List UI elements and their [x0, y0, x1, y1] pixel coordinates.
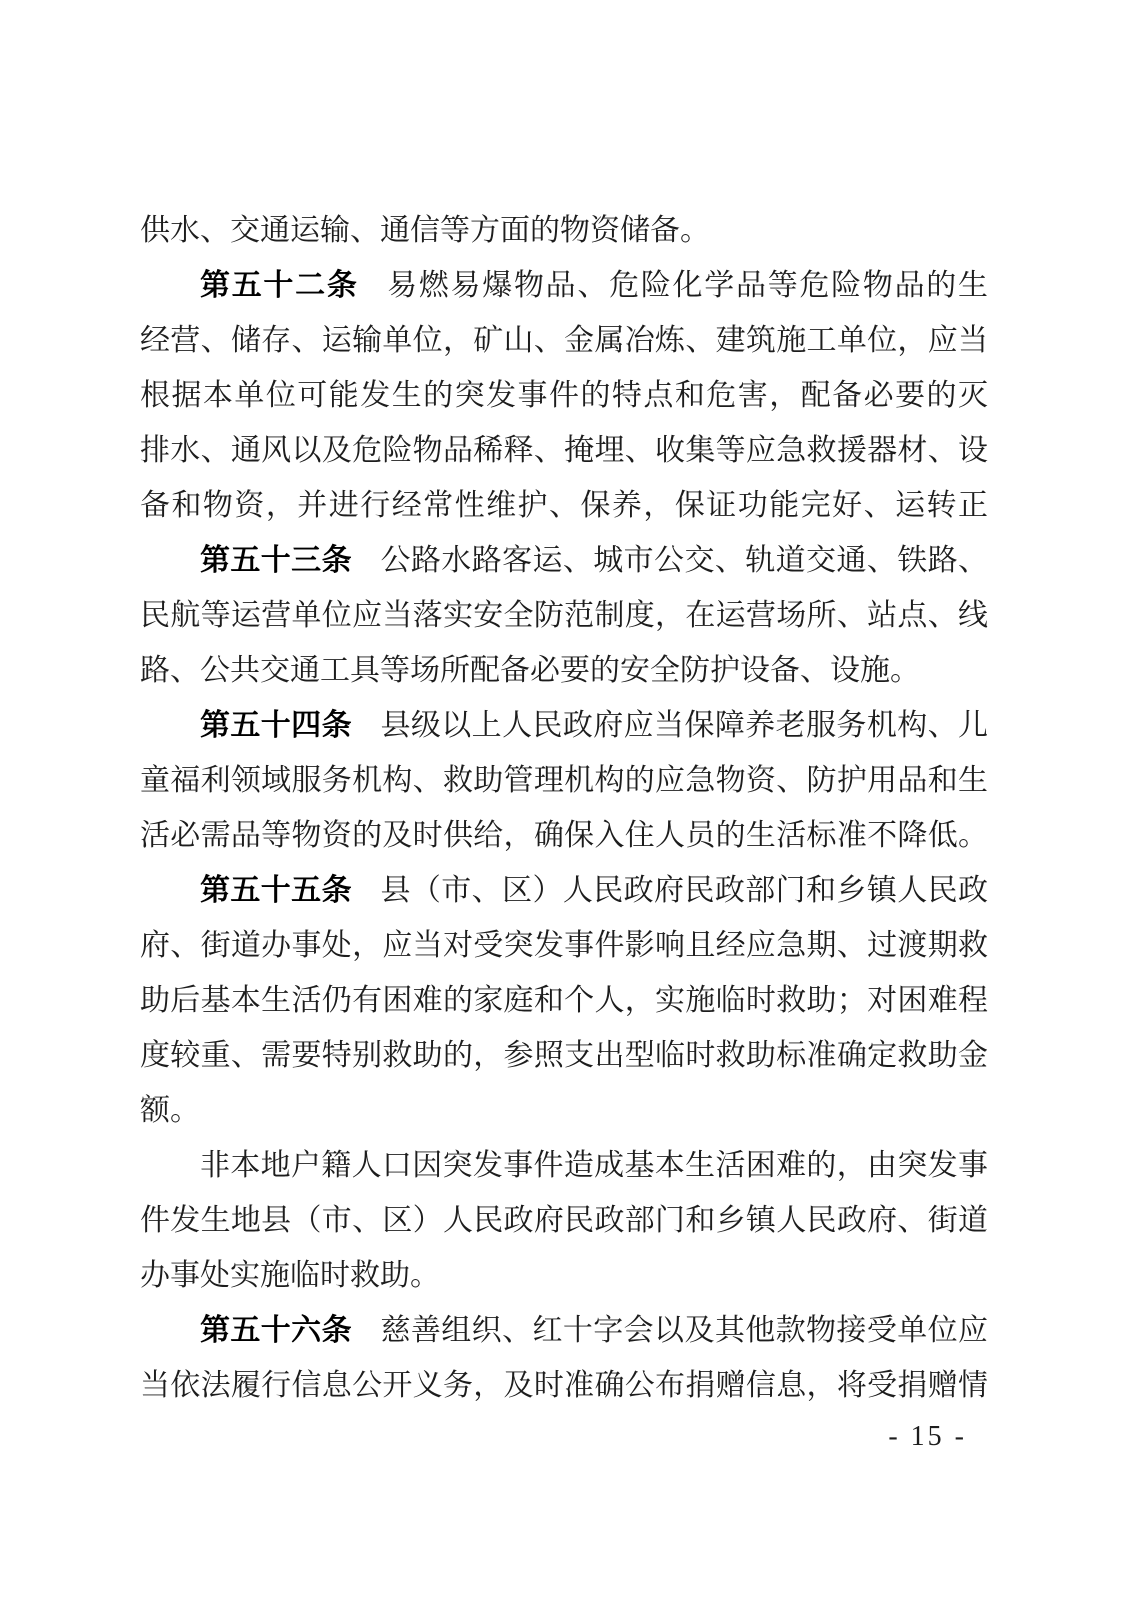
text-line: 备和物资，并进行经常性维护、保养，保证功能完好、运转正常。 [140, 478, 988, 533]
line-text: 备和物资，并进行经常性维护、保养，保证功能完好、运转正常。 [140, 489, 988, 533]
line-text: 路、公共交通工具等场所配备必要的安全防护设备、设施。 [140, 654, 920, 687]
text-line: 民航等运营单位应当落实安全防范制度，在运营场所、站点、线 [140, 588, 988, 643]
article-number: 第五十五条 [200, 874, 352, 907]
line-text: 助后基本生活仍有困难的家庭和个人，实施临时救助；对困难程 [140, 984, 988, 1017]
text-line: 供水、交通运输、通信等方面的物资储备。 [140, 203, 988, 258]
line-text: 额。 [140, 1094, 200, 1127]
line-text: 民航等运营单位应当落实安全防范制度，在运营场所、站点、线 [140, 599, 988, 632]
text-line: 度较重、需要特别救助的，参照支出型临时救助标准确定救助金 [140, 1028, 988, 1083]
text-line: 童福利领域服务机构、救助管理机构的应急物资、防护用品和生 [140, 753, 988, 808]
text-line: 根据本单位可能发生的突发事件的特点和危害，配备必要的灭火、 [140, 368, 988, 423]
line-text: 根据本单位可能发生的突发事件的特点和危害，配备必要的灭火、 [140, 379, 988, 423]
text-line: 排水、通风以及危险物品稀释、掩埋、收集等应急救援器材、设 [140, 423, 988, 478]
line-text: 县级以上人民政府应当保障养老服务机构、儿 [380, 709, 988, 742]
text-line: 第五十六条慈善组织、红十字会以及其他款物接受单位应 [140, 1303, 988, 1358]
document-page: 供水、交通运输、通信等方面的物资储备。 第五十二条易燃易爆物品、危险化学品等危险… [0, 0, 1132, 1600]
line-text: 公路水路客运、城市公交、轨道交通、铁路、 [380, 544, 988, 577]
text-line: 经营、储存、运输单位，矿山、金属冶炼、建筑施工单位，应当 [140, 313, 988, 368]
document-body: 供水、交通运输、通信等方面的物资储备。 第五十二条易燃易爆物品、危险化学品等危险… [140, 203, 988, 1413]
text-line: 额。 [140, 1083, 988, 1138]
line-text: 当依法履行信息公开义务，及时准确公布捐赠信息，将受捐赠情 [140, 1369, 988, 1402]
article-number: 第五十四条 [200, 709, 352, 742]
text-line: 非本地户籍人口因突发事件造成基本生活困难的，由突发事 [140, 1138, 988, 1193]
line-text: 经营、储存、运输单位，矿山、金属冶炼、建筑施工单位，应当 [140, 324, 988, 357]
text-line: 助后基本生活仍有困难的家庭和个人，实施临时救助；对困难程 [140, 973, 988, 1028]
text-line: 第五十三条公路水路客运、城市公交、轨道交通、铁路、 [140, 533, 988, 588]
line-text: 童福利领域服务机构、救助管理机构的应急物资、防护用品和生 [140, 764, 988, 797]
article-number: 第五十六条 [200, 1314, 352, 1347]
text-line: 件发生地县（市、区）人民政府民政部门和乡镇人民政府、街道 [140, 1193, 988, 1248]
line-text: 县（市、区）人民政府民政部门和乡镇人民政 [380, 874, 988, 907]
line-text: 排水、通风以及危险物品稀释、掩埋、收集等应急救援器材、设 [140, 434, 988, 467]
line-text: 供水、交通运输、通信等方面的物资储备。 [140, 214, 710, 247]
text-line: 活必需品等物资的及时供给，确保入住人员的生活标准不降低。 [140, 808, 988, 863]
text-line: 第五十二条易燃易爆物品、危险化学品等危险物品的生产、 [140, 258, 988, 313]
line-text: 件发生地县（市、区）人民政府民政部门和乡镇人民政府、街道 [140, 1204, 988, 1237]
text-line: 第五十五条县（市、区）人民政府民政部门和乡镇人民政 [140, 863, 988, 918]
text-line: 府、街道办事处，应当对受突发事件影响且经应急期、过渡期救 [140, 918, 988, 973]
text-line: 路、公共交通工具等场所配备必要的安全防护设备、设施。 [140, 643, 988, 698]
line-text: 度较重、需要特别救助的，参照支出型临时救助标准确定救助金 [140, 1039, 988, 1072]
page-number: - 15 - [888, 1414, 967, 1460]
text-line: 第五十四条县级以上人民政府应当保障养老服务机构、儿 [140, 698, 988, 753]
line-text: 府、街道办事处，应当对受突发事件影响且经应急期、过渡期救 [140, 929, 988, 962]
text-line: 办事处实施临时救助。 [140, 1248, 988, 1303]
line-text: 办事处实施临时救助。 [140, 1259, 440, 1292]
line-text: 慈善组织、红十字会以及其他款物接受单位应 [380, 1314, 988, 1347]
article-number: 第五十二条 [200, 269, 359, 302]
text-line: 当依法履行信息公开义务，及时准确公布捐赠信息，将受捐赠情 [140, 1358, 988, 1413]
article-number: 第五十三条 [200, 544, 352, 577]
line-text: 非本地户籍人口因突发事件造成基本生活困难的，由突发事 [200, 1149, 988, 1182]
line-text: 活必需品等物资的及时供给，确保入住人员的生活标准不降低。 [140, 819, 988, 852]
